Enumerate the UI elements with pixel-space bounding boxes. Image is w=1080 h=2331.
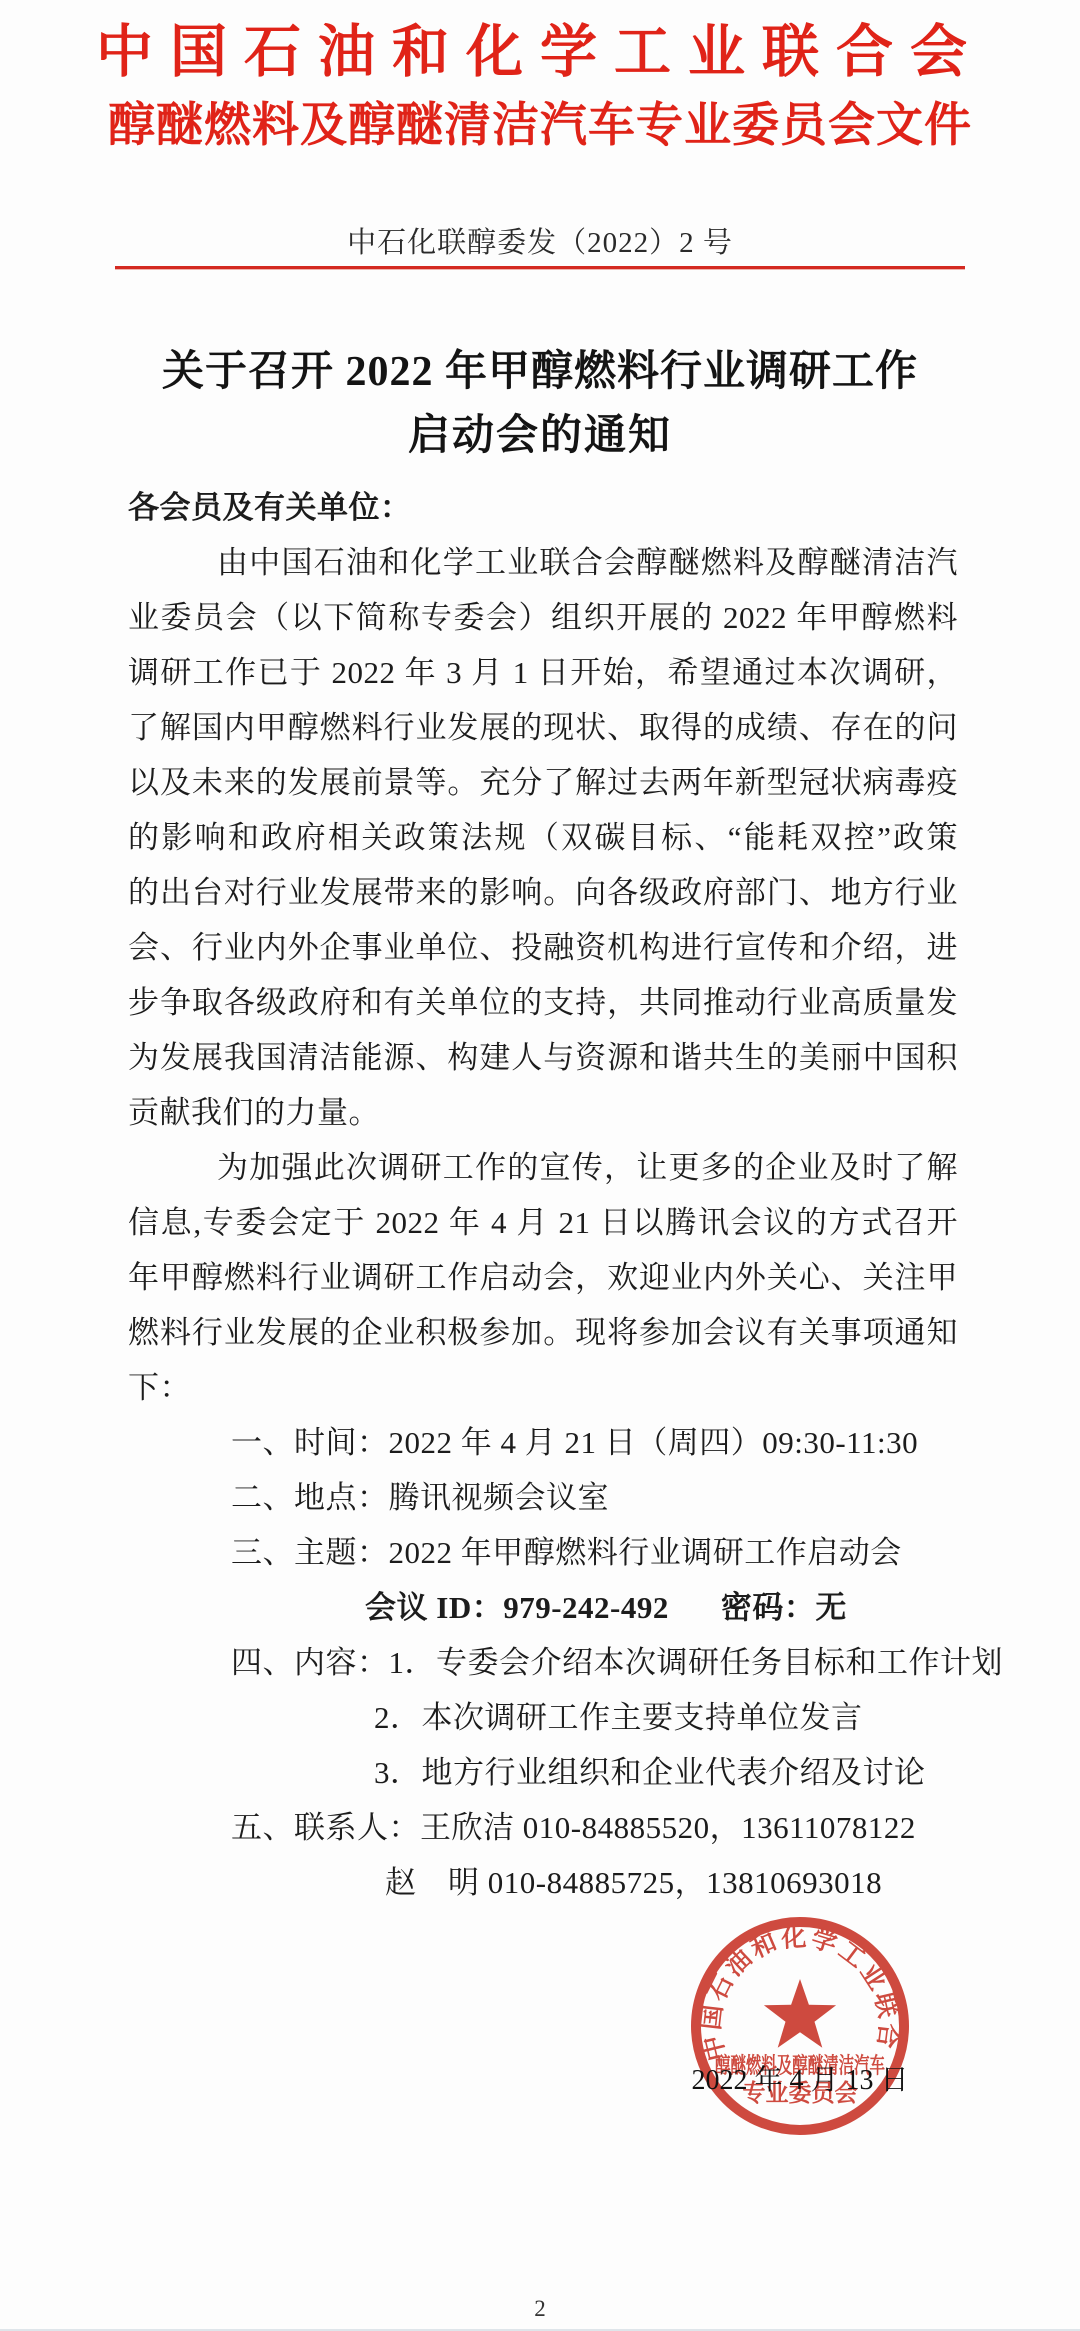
para1-line: 贡献我们的力量。	[128, 1085, 958, 1140]
notice-title-line1: 关于召开 2022 年甲醇燃料行业调研工作	[0, 338, 1080, 398]
notice-body: 各会员及有关单位： 由中国石油和化学工业联合会醇醚燃料及醇醚清洁汽车专 业委员会…	[128, 480, 958, 1910]
salutation: 各会员及有关单位：	[128, 480, 958, 535]
item-contact-1: 五、联系人：王欣洁 010-84885520，13611078122	[231, 1800, 958, 1855]
para2-line: 下：	[128, 1360, 958, 1415]
para1-line: 由中国石油和化学工业联合会醇醚燃料及醇醚清洁汽车专	[217, 535, 958, 590]
item-content-2: 2．本次调研工作主要支持单位发言	[374, 1690, 958, 1745]
official-seal: 中国石油和化学工业联合会 醇醚燃料及醇醚清洁汽车 专业委员会	[685, 1911, 915, 2141]
item-place: 二、地点：腾讯视频会议室	[231, 1470, 958, 1525]
para1-line: 步争取各级政府和有关单位的支持，共同推动行业高质量发展，	[128, 975, 958, 1030]
meeting-password: 密码：无	[721, 1590, 847, 1625]
para2-line: 燃料行业发展的企业积极参加。现将参加会议有关事项通知如	[128, 1305, 958, 1360]
para1-line: 调研工作已于 2022 年 3 月 1 日开始，希望通过本次调研，全面	[128, 645, 958, 700]
para1-line: 为发展我国清洁能源、构建人与资源和谐共生的美丽中国积极	[128, 1030, 958, 1085]
signature-date: 2022 年 4 月 13 日	[685, 2058, 915, 2098]
page-number: 2	[0, 2296, 1080, 2322]
item-contact-2: 赵 明 010-84885725，13810693018	[385, 1855, 958, 1910]
letterhead-committee-name: 醇醚燃料及醇醚清洁汽车专业委员会文件	[0, 88, 1080, 155]
para1-line: 的影响和政府相关政策法规（双碳目标、“能耗双控”政策等）	[128, 810, 958, 865]
item-time: 一、时间：2022 年 4 月 21 日（周四）09:30-11:30	[231, 1415, 958, 1470]
notice-title-line2: 启动会的通知	[0, 402, 1080, 462]
document-page: 中国石油和化学工业联合会 醇醚燃料及醇醚清洁汽车专业委员会文件 中石化联醇委发（…	[0, 0, 1080, 2331]
seal-star-icon	[764, 1979, 836, 2048]
document-number: 中石化联醇委发（2022）2 号	[0, 220, 1080, 261]
para1-line: 业委员会（以下简称专委会）组织开展的 2022 年甲醇燃料行业	[128, 590, 958, 645]
para1-line: 以及未来的发展前景等。充分了解过去两年新型冠状病毒疫情	[128, 755, 958, 810]
para1-line: 会、行业内外企事业单位、投融资机构进行宣传和介绍，进一	[128, 920, 958, 975]
letterhead-org-name: 中国石油和化学工业联合会	[0, 6, 1080, 88]
para1-line: 了解国内甲醇燃料行业发展的现状、取得的成绩、存在的问题	[128, 700, 958, 755]
para1-line: 的出台对行业发展带来的影响。向各级政府部门、地方行业协	[128, 865, 958, 920]
para2-line: 为加强此次调研工作的宣传，让更多的企业及时了解行业	[217, 1140, 958, 1195]
item-meeting-credentials: 会议 ID：979-242-492密码：无	[365, 1580, 958, 1635]
item-content-head: 四、内容：1．专委会介绍本次调研任务目标和工作计划	[231, 1635, 958, 1690]
meeting-id: 会议 ID：979-242-492	[365, 1590, 669, 1625]
para2-line: 信息,专委会定于 2022 年 4 月 21 日以腾讯会议的方式召开 2022	[128, 1195, 958, 1250]
para2-line: 年甲醇燃料行业调研工作启动会，欢迎业内外关心、关注甲醇	[128, 1250, 958, 1305]
item-content-3: 3．地方行业组织和企业代表介绍及讨论	[374, 1745, 958, 1800]
item-topic: 三、主题：2022 年甲醇燃料行业调研工作启动会	[231, 1525, 958, 1580]
seal-ring-text: 中国石油和化学工业联合会	[685, 1911, 904, 2064]
red-divider-line	[115, 266, 965, 270]
